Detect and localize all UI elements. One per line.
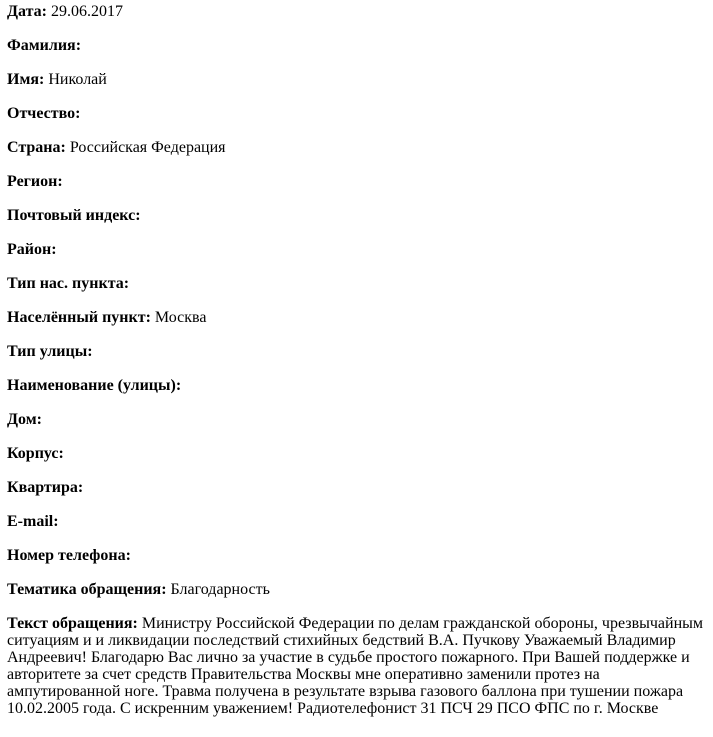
field-settlement: Населённый пункт: Москва: [7, 309, 706, 326]
field-first-name: Имя: Николай: [7, 71, 706, 88]
field-label: Отчество:: [7, 105, 80, 122]
field-value: Российская Федерация: [70, 139, 226, 156]
message-label: Текст обращения:: [7, 615, 138, 632]
field-surname: Фамилия:: [7, 37, 706, 54]
field-street-type: Тип улицы:: [7, 343, 706, 360]
field-label: Страна:: [7, 139, 66, 156]
field-value: 29.06.2017: [51, 3, 123, 20]
field-label: Тип нас. пункта:: [7, 275, 129, 292]
field-value: Благодарность: [171, 581, 270, 598]
field-phone: Номер телефона:: [7, 547, 706, 564]
field-message: Текст обращения: Министру Российской Фед…: [7, 615, 706, 717]
field-label: Имя:: [7, 71, 44, 88]
field-district: Район:: [7, 241, 706, 258]
field-label: Дом:: [7, 411, 42, 428]
field-postal-code: Почтовый индекс:: [7, 207, 706, 224]
field-settlement-type: Тип нас. пункта:: [7, 275, 706, 292]
field-label: Дата:: [7, 3, 47, 20]
field-label: Квартира:: [7, 479, 83, 496]
field-label: Наименование (улицы):: [7, 377, 181, 394]
field-label: Корпус:: [7, 445, 64, 462]
field-patronymic: Отчество:: [7, 105, 706, 122]
field-value: Николай: [48, 71, 107, 88]
field-label: Почтовый индекс:: [7, 207, 141, 224]
field-date: Дата: 29.06.2017: [7, 3, 706, 20]
field-street-name: Наименование (улицы):: [7, 377, 706, 394]
field-label: Номер телефона:: [7, 547, 131, 564]
field-label: E-mail:: [7, 513, 59, 530]
field-label: Тематика обращения:: [7, 581, 167, 598]
field-label: Регион:: [7, 173, 63, 190]
field-label: Тип улицы:: [7, 343, 93, 360]
field-topic: Тематика обращения: Благодарность: [7, 581, 706, 598]
appeal-document: Дата: 29.06.2017 Фамилия: Имя: Николай О…: [0, 0, 713, 717]
field-label: Фамилия:: [7, 37, 81, 54]
field-apartment: Квартира:: [7, 479, 706, 496]
field-building: Корпус:: [7, 445, 706, 462]
field-email: E-mail:: [7, 513, 706, 530]
field-house: Дом:: [7, 411, 706, 428]
field-label: Населённый пункт:: [7, 309, 151, 326]
field-country: Страна: Российская Федерация: [7, 139, 706, 156]
field-label: Район:: [7, 241, 57, 258]
field-value: Москва: [155, 309, 207, 326]
field-region: Регион:: [7, 173, 706, 190]
